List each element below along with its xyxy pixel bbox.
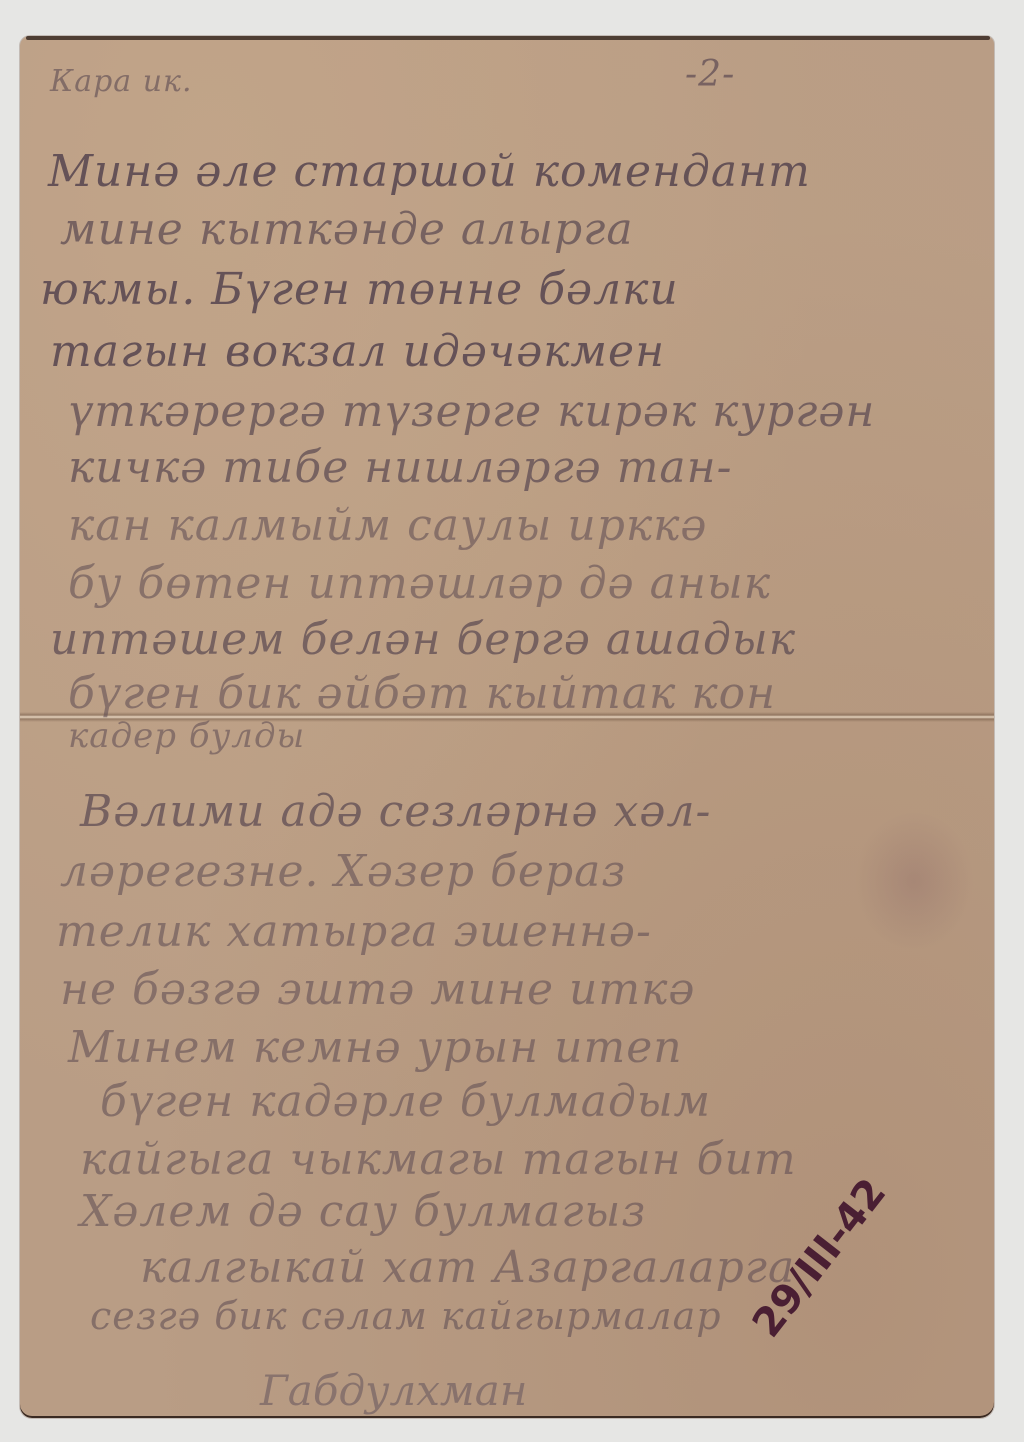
paper-edge	[26, 36, 990, 40]
text-line: иптәшем белән бергә ашадык	[50, 614, 796, 665]
text-line: кайгыга чыкмагы тагын бит	[80, 1134, 797, 1185]
text-line: Хәлем дә сау булмагыз	[80, 1186, 646, 1237]
text-line: мине кыткәнде алырга	[60, 204, 634, 255]
text-line: не бәзгә эштә мине иткә	[60, 964, 695, 1015]
text-line: үткәрергә түзерге кирәк кургән	[68, 386, 875, 437]
faded-stamp-mark	[854, 811, 974, 951]
text-line: юкмы. Бүген төнне бәлки	[40, 264, 679, 315]
text-line: бу бөтен иптәшләр дә анык	[68, 558, 771, 609]
text-line: тагын вокзал идәчәкмен	[50, 326, 665, 377]
page-number: -2-	[685, 54, 735, 95]
text-line: бүген бик әйбәт кыйтак кон	[68, 668, 776, 719]
text-line: кадер булды	[68, 716, 305, 756]
text-line: ләрегезне. Хәзер бераз	[60, 846, 626, 897]
text-line: бүген кадәрле булмадым	[100, 1076, 711, 1127]
text-line: Вәлими адә сезләрнә хәл-	[80, 786, 711, 837]
header-note: Кара ик.	[50, 64, 193, 99]
text-line: кан калмыйм саулы ирккә	[68, 500, 707, 551]
text-line: сезгә бик сәлам кайгырмалар	[90, 1294, 722, 1338]
text-line: телик хатырга эшеннә-	[56, 906, 652, 957]
signature: Габдулхман	[260, 1366, 527, 1415]
text-line: Минем кемнә урын итеп	[68, 1022, 683, 1073]
text-line: кичкә тибе нишләргә тан-	[68, 442, 733, 493]
text-line: Минә әле старшой комендант	[48, 146, 811, 197]
text-line: калгыкай хат Азаргаларга	[140, 1242, 795, 1293]
